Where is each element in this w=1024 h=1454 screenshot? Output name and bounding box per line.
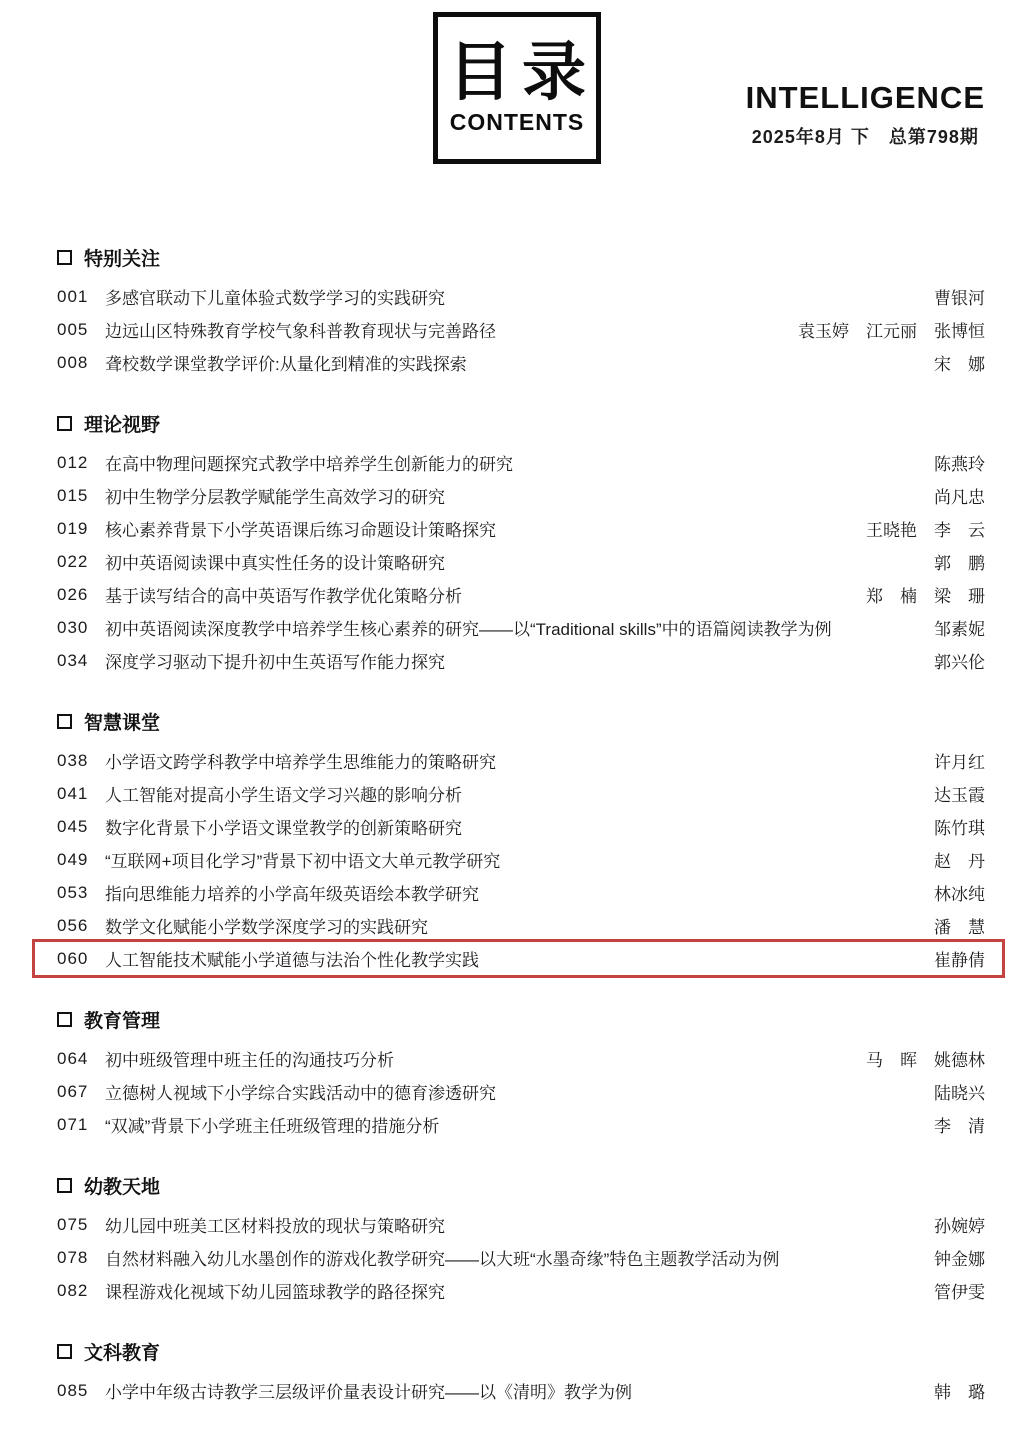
section-square-icon [57, 250, 72, 265]
toc-entry: 012 在高中物理问题探究式教学中培养学生创新能力的研究 陈燕玲 [57, 446, 985, 479]
entry-page-number: 001 [57, 287, 105, 307]
toc-entry: 067 立德树人视域下小学综合实践活动中的德育渗透研究 陆晓兴 [57, 1075, 985, 1108]
toc-entry: 026 基于读写结合的高中英语写作教学优化策略分析 郑 楠 梁 珊 [57, 578, 985, 611]
entry-title: 指向思维能力培养的小学高年级英语绘本教学研究 [105, 880, 918, 905]
entry-title: 立德树人视域下小学综合实践活动中的德育渗透研究 [105, 1079, 918, 1104]
section-title: 幼教天地 [84, 1172, 160, 1199]
entry-authors: 郑 楠 梁 珊 [866, 582, 985, 607]
entry-title: 核心素养背景下小学英语课后练习命题设计策略探究 [105, 516, 850, 541]
entry-title: 数字化背景下小学语文课堂教学的创新策略研究 [105, 814, 918, 839]
entry-page-number: 060 [57, 949, 105, 969]
section-preschool-world: 幼教天地 075 幼儿园中班美工区材料投放的现状与策略研究 孙婉婷 078 自然… [57, 1168, 985, 1307]
section-square-icon [57, 416, 72, 431]
entry-authors: 王晓艳 李 云 [866, 516, 985, 541]
entry-page-number: 071 [57, 1115, 105, 1135]
toc-entry: 045 数字化背景下小学语文课堂教学的创新策略研究 陈竹琪 [57, 810, 985, 843]
toc-entry: 053 指向思维能力培养的小学高年级英语绘本教学研究 林冰纯 [57, 876, 985, 909]
entry-authors: 达玉霞 [934, 781, 985, 806]
entry-page-number: 085 [57, 1381, 105, 1401]
entry-authors: 孙婉婷 [934, 1212, 985, 1237]
entry-title: 小学语文跨学科教学中培养学生思维能力的策略研究 [105, 748, 918, 773]
section-title: 智慧课堂 [84, 708, 160, 735]
entry-title: 人工智能技术赋能小学道德与法治个性化教学实践 [105, 946, 918, 971]
entry-authors: 尚凡忠 [934, 483, 985, 508]
toc-entry: 071 “双减”背景下小学班主任班级管理的措施分析 李 清 [57, 1108, 985, 1141]
toc-entry: 019 核心素养背景下小学英语课后练习命题设计策略探究 王晓艳 李 云 [57, 512, 985, 545]
toc-entry: 005 边远山区特殊教育学校气象科普教育现状与完善路径 袁玉婷 江元丽 张博恒 [57, 313, 985, 346]
entry-authors: 袁玉婷 江元丽 张博恒 [798, 317, 985, 342]
toc-entry: 038 小学语文跨学科教学中培养学生思维能力的策略研究 许月红 [57, 744, 985, 777]
section-square-icon [57, 1178, 72, 1193]
entry-title: “双减”背景下小学班主任班级管理的措施分析 [105, 1112, 918, 1137]
entry-page-number: 056 [57, 916, 105, 936]
entry-title: “互联网+项目化学习”背景下初中语文大单元教学研究 [105, 847, 918, 872]
entry-title: 初中英语阅读深度教学中培养学生核心素养的研究——以“Traditional sk… [105, 615, 918, 640]
entry-title: 初中英语阅读课中真实性任务的设计策略研究 [105, 549, 918, 574]
toc-entry: 022 初中英语阅读课中真实性任务的设计策略研究 郭 鹏 [57, 545, 985, 578]
entry-page-number: 049 [57, 850, 105, 870]
entry-page-number: 064 [57, 1049, 105, 1069]
section-header: 教育管理 [57, 1002, 985, 1036]
section-education-management: 教育管理 064 初中班级管理中班主任的沟通技巧分析 马 晖 姚德林 067 立… [57, 1002, 985, 1141]
entry-page-number: 067 [57, 1082, 105, 1102]
entry-title: 人工智能对提高小学生语文学习兴趣的影响分析 [105, 781, 918, 806]
toc-entry: 015 初中生物学分层教学赋能学生高效学习的研究 尚凡忠 [57, 479, 985, 512]
entry-page-number: 005 [57, 320, 105, 340]
entry-title: 聋校数学课堂教学评价:从量化到精准的实践探索 [105, 350, 918, 375]
entry-title: 边远山区特殊教育学校气象科普教育现状与完善路径 [105, 317, 782, 342]
entry-page-number: 012 [57, 453, 105, 473]
entry-page-number: 082 [57, 1281, 105, 1301]
entry-page-number: 019 [57, 519, 105, 539]
entry-authors: 马 晖 姚德林 [866, 1046, 985, 1071]
entry-page-number: 078 [57, 1248, 105, 1268]
entry-title: 课程游戏化视域下幼儿园篮球教学的路径探究 [105, 1278, 918, 1303]
toc-entry-highlighted: 060 人工智能技术赋能小学道德与法治个性化教学实践 崔静倩 [57, 942, 985, 975]
entry-authors: 陈竹琪 [934, 814, 985, 839]
entry-authors: 许月红 [934, 748, 985, 773]
section-header: 理论视野 [57, 406, 985, 440]
entry-title: 初中班级管理中班主任的沟通技巧分析 [105, 1046, 850, 1071]
contents-list: 特别关注 001 多感官联动下儿童体验式数学学习的实践研究 曹银河 005 边远… [57, 240, 985, 1434]
section-square-icon [57, 714, 72, 729]
entry-page-number: 041 [57, 784, 105, 804]
entry-page-number: 053 [57, 883, 105, 903]
entry-authors: 管伊雯 [934, 1278, 985, 1303]
entry-authors: 潘 慧 [934, 913, 985, 938]
entry-page-number: 045 [57, 817, 105, 837]
section-theory-view: 理论视野 012 在高中物理问题探究式教学中培养学生创新能力的研究 陈燕玲 01… [57, 406, 985, 677]
entry-page-number: 022 [57, 552, 105, 572]
toc-entry: 008 聋校数学课堂教学评价:从量化到精准的实践探索 宋 娜 [57, 346, 985, 379]
section-special-focus: 特别关注 001 多感官联动下儿童体验式数学学习的实践研究 曹银河 005 边远… [57, 240, 985, 379]
toc-entry: 030 初中英语阅读深度教学中培养学生核心素养的研究——以“Traditiona… [57, 611, 985, 644]
entry-page-number: 026 [57, 585, 105, 605]
toc-entry: 075 幼儿园中班美工区材料投放的现状与策略研究 孙婉婷 [57, 1208, 985, 1241]
journal-block: INTELLIGENCE 2025年8月 下 总第798期 [746, 80, 985, 149]
entry-authors: 韩 璐 [934, 1378, 985, 1403]
entry-page-number: 038 [57, 751, 105, 771]
entry-title: 深度学习驱动下提升初中生英语写作能力探究 [105, 648, 918, 673]
entry-authors: 郭 鹏 [934, 549, 985, 574]
entry-title: 数学文化赋能小学数学深度学习的实践研究 [105, 913, 918, 938]
entry-authors: 郭兴伦 [934, 648, 985, 673]
entry-authors: 邹素妮 [934, 615, 985, 640]
journal-name: INTELLIGENCE [746, 80, 985, 116]
section-square-icon [57, 1012, 72, 1027]
entry-title: 初中生物学分层教学赋能学生高效学习的研究 [105, 483, 918, 508]
section-title: 文科教育 [84, 1338, 160, 1365]
toc-entry: 056 数学文化赋能小学数学深度学习的实践研究 潘 慧 [57, 909, 985, 942]
section-title: 教育管理 [84, 1006, 160, 1033]
section-header: 特别关注 [57, 240, 985, 274]
entry-title: 幼儿园中班美工区材料投放的现状与策略研究 [105, 1212, 918, 1237]
toc-title-en: CONTENTS [450, 109, 585, 136]
toc-entry: 001 多感官联动下儿童体验式数学学习的实践研究 曹银河 [57, 280, 985, 313]
toc-entry: 041 人工智能对提高小学生语文学习兴趣的影响分析 达玉霞 [57, 777, 985, 810]
entry-authors: 赵 丹 [934, 847, 985, 872]
toc-entry: 078 自然材料融入幼儿水墨创作的游戏化教学研究——以大班“水墨奇缘”特色主题教… [57, 1241, 985, 1274]
entry-title: 小学中年级古诗教学三层级评价量表设计研究——以《清明》教学为例 [105, 1378, 918, 1403]
entry-title: 在高中物理问题探究式教学中培养学生创新能力的研究 [105, 450, 918, 475]
entry-page-number: 015 [57, 486, 105, 506]
entry-authors: 宋 娜 [934, 350, 985, 375]
toc-entry: 064 初中班级管理中班主任的沟通技巧分析 马 晖 姚德林 [57, 1042, 985, 1075]
toc-entry: 034 深度学习驱动下提升初中生英语写作能力探究 郭兴伦 [57, 644, 985, 677]
toc-box: 目录 CONTENTS [433, 12, 601, 164]
toc-title-cn: 目录 [448, 41, 596, 105]
toc-entry: 085 小学中年级古诗教学三层级评价量表设计研究——以《清明》教学为例 韩 璐 [57, 1374, 985, 1407]
section-title: 理论视野 [84, 410, 160, 437]
entry-authors: 陈燕玲 [934, 450, 985, 475]
entry-page-number: 034 [57, 651, 105, 671]
issue-info: 2025年8月 下 总第798期 [746, 123, 985, 149]
entry-authors: 陆晓兴 [934, 1079, 985, 1104]
section-square-icon [57, 1344, 72, 1359]
toc-entry: 082 课程游戏化视域下幼儿园篮球教学的路径探究 管伊雯 [57, 1274, 985, 1307]
entry-authors: 李 清 [934, 1112, 985, 1137]
entry-authors: 崔静倩 [934, 946, 985, 971]
entry-page-number: 075 [57, 1215, 105, 1235]
entry-title: 自然材料融入幼儿水墨创作的游戏化教学研究——以大班“水墨奇缘”特色主题教学活动为… [105, 1245, 918, 1270]
section-header: 智慧课堂 [57, 704, 985, 738]
section-header: 文科教育 [57, 1334, 985, 1368]
section-header: 幼教天地 [57, 1168, 985, 1202]
entry-title: 基于读写结合的高中英语写作教学优化策略分析 [105, 582, 850, 607]
entry-authors: 钟金娜 [934, 1245, 985, 1270]
entry-authors: 林冰纯 [934, 880, 985, 905]
entry-page-number: 030 [57, 618, 105, 638]
entry-title: 多感官联动下儿童体验式数学学习的实践研究 [105, 284, 918, 309]
entry-authors: 曹银河 [934, 284, 985, 309]
section-liberal-arts-education: 文科教育 085 小学中年级古诗教学三层级评价量表设计研究——以《清明》教学为例… [57, 1334, 985, 1407]
section-smart-classroom: 智慧课堂 038 小学语文跨学科教学中培养学生思维能力的策略研究 许月红 041… [57, 704, 985, 975]
entry-page-number: 008 [57, 353, 105, 373]
toc-entry: 049 “互联网+项目化学习”背景下初中语文大单元教学研究 赵 丹 [57, 843, 985, 876]
section-title: 特别关注 [84, 244, 160, 271]
